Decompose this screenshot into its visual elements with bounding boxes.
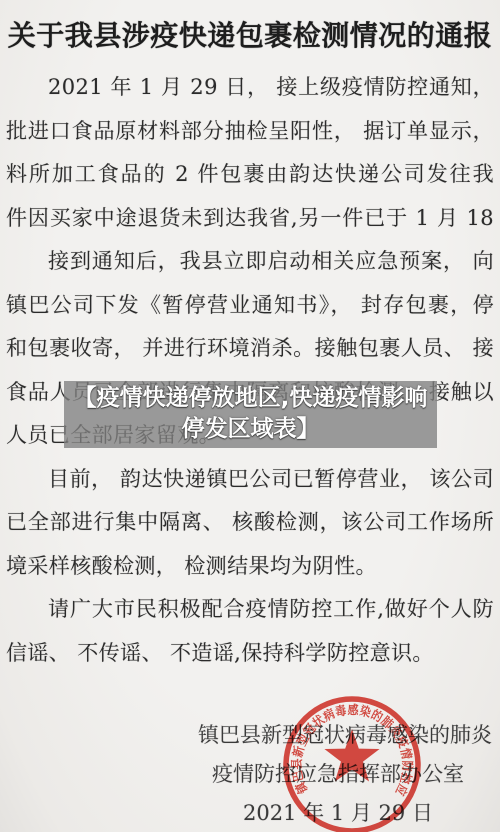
body-line: 接到通知后，我县立即启动相关应急预案， 向韵达快递: [6, 240, 494, 284]
body-line: 件因买家中途退货未到达我省,另一件已于 1 月 18 日签收。: [6, 197, 494, 241]
body-line: 信谣、 不传谣、 不造谣,保持科学防控意识。: [6, 632, 494, 676]
body-line: 目前， 韵达快递镇巴公司已暂停营业， 该公司从业人员: [6, 458, 494, 502]
watermark-caption-banner: 【疫情快递停放地区,快递疫情影响停发区域表】: [64, 381, 437, 448]
notice-title: 关于我县涉疫快递包裹检测情况的通报: [0, 14, 500, 54]
notice-body: 2021 年 1 月 29 日， 接上级疫情防控通知， 国内某省一 批进口食品原…: [6, 66, 494, 675]
watermark-caption-text: 【疫情快递停放地区,快递疫情影响停发区域表】: [68, 383, 433, 445]
body-line: 2021 年 1 月 29 日， 接上级疫情防控通知， 国内某省一: [6, 66, 494, 110]
official-seal: 镇巴县新型冠状病毒感染的肺炎疫情防控应急指挥部: [281, 694, 423, 832]
body-line: 和包裹收寄， 并进行环境消杀。接触包裹人员、 接触包裹内: [6, 327, 494, 371]
body-line: 料所加工食品的 2 件包裹由韵达快递公司发往我县， 其中一: [6, 153, 494, 197]
notice-photo: 关于我县涉疫快递包裹检测情况的通报 2021 年 1 月 29 日， 接上级疫情…: [0, 0, 500, 832]
body-line: 已全部进行集中隔离、 核酸检测，该公司工作场所已进行环: [6, 501, 494, 545]
body-line: 镇巴公司下发《暂停营业通知书》， 封存包裹，停止快递派送: [6, 284, 494, 328]
body-line: 请广大市民积极配合疫情防控工作,做好个人防护， 不: [6, 588, 494, 632]
body-line: 境采样核酸检测， 检测结果均为阴性。: [6, 545, 494, 589]
body-line: 批进口食品原材料部分抽检呈阳性， 据订单显示， 涉该原材: [6, 110, 494, 154]
red-star-icon: [324, 729, 379, 781]
